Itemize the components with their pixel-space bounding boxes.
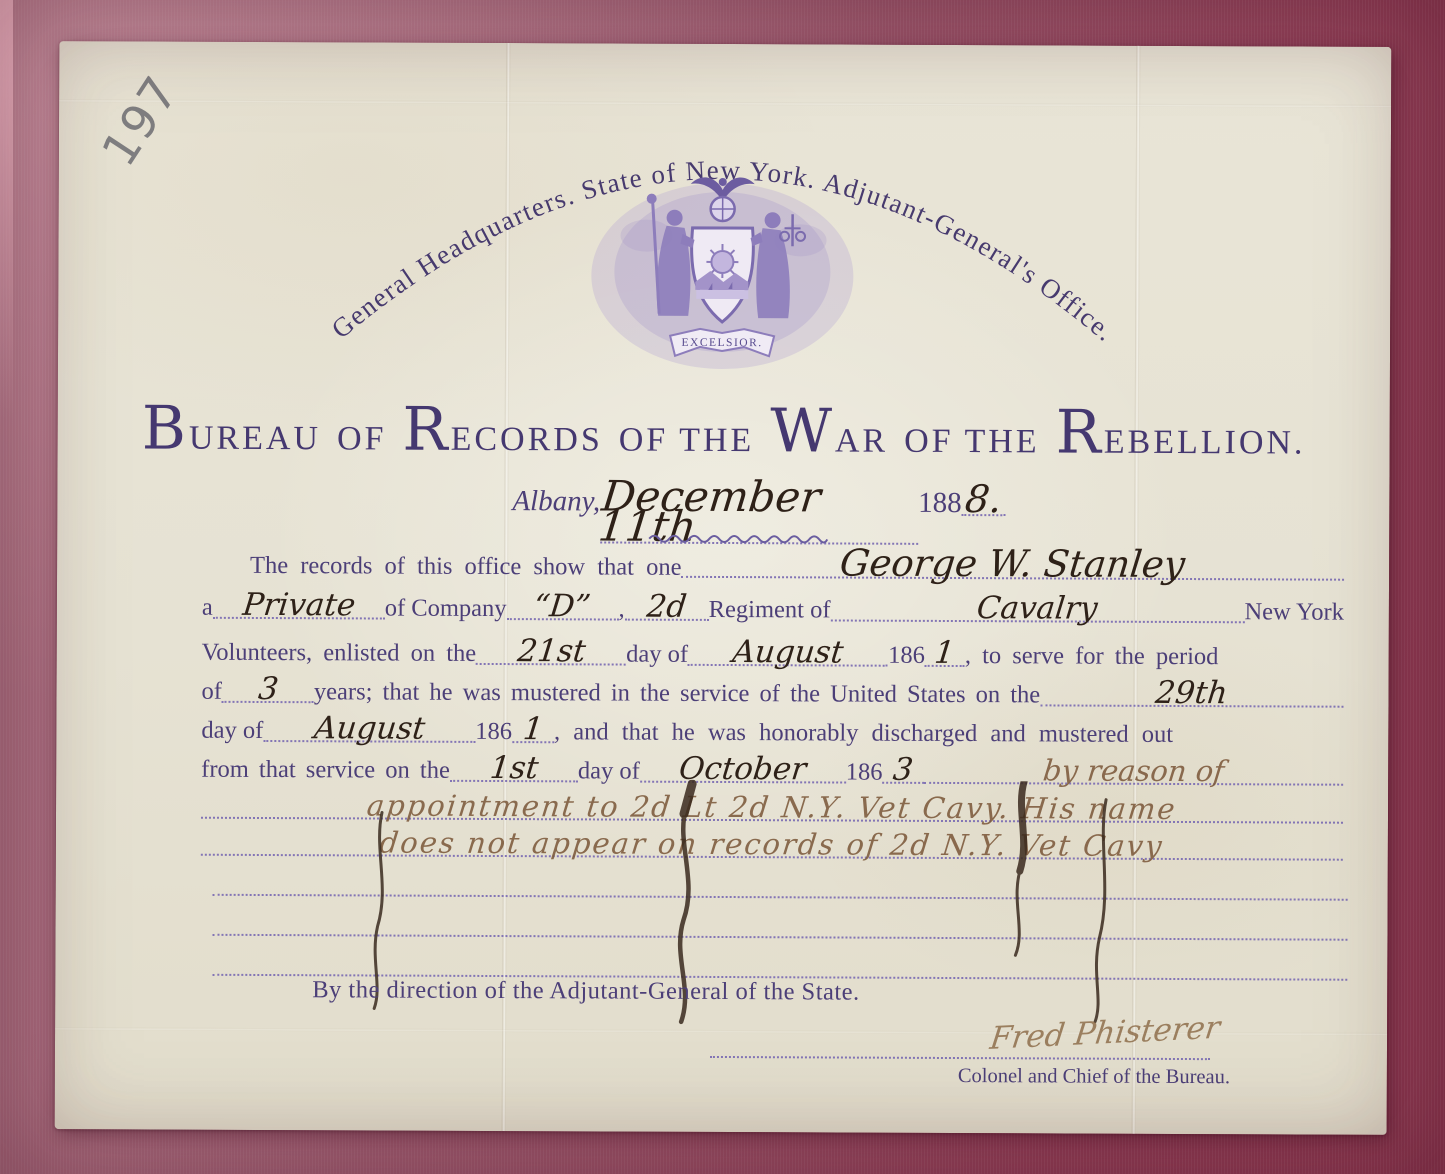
entry-muster-month: August [313, 716, 426, 740]
line3-a: Volunteers, enlisted on the [202, 639, 477, 668]
line4-b: years; that he was mustered in the servi… [314, 678, 1040, 709]
form-line-4: of 3 years; that he was mustered in the … [201, 677, 1343, 711]
mat-light-edge [0, 0, 13, 420]
continuation-field-1: appointment to 2d Lt 2d N.Y. Vet Cavy. H… [201, 793, 1343, 824]
form-line-2: a Private of Company “D” , 2d Regiment o… [202, 593, 1344, 627]
form-line-8: does not appear on records of 2d N.Y. Ve… [201, 830, 1343, 861]
form-line-1: The records of this office show that one… [202, 548, 1344, 585]
seal-motto: EXCELSIOR. [681, 337, 762, 349]
blank-line-2 [212, 932, 1347, 941]
form-line-3: Volunteers, enlisted on the 21st day of … [202, 638, 1344, 672]
branch-field: Cavalry [830, 595, 1244, 623]
discharge-day-field: 1st [450, 756, 578, 783]
enlist-day-field: 21st [476, 639, 626, 666]
reason-field: by reason of [924, 758, 1343, 786]
enlist-year-field: 1 [925, 641, 965, 667]
entry-muster-day: 29th [1155, 681, 1230, 705]
muster-year-field: 1 [512, 717, 554, 743]
continuation-field-2: does not appear on records of 2d N.Y. Ve… [201, 830, 1343, 861]
entry-enlist-month: August [732, 640, 845, 664]
new-york-coat-of-arms-seal: EXCELSIOR. [586, 165, 859, 376]
entry-company: “D” [533, 594, 592, 618]
direction-statement: By the direction of the Adjutant-General… [312, 976, 860, 1006]
line3-d: , to serve for the period [965, 642, 1219, 671]
year-printed: 188 [918, 487, 962, 520]
entry-continuation-2: does not appear on records of 2d N.Y. Ve… [379, 831, 1165, 858]
name-field: George W. Stanley [681, 550, 1344, 581]
bureau-title: BUREAUOFRECORDSOF THEWAROF THEREBELLION. [58, 393, 1390, 469]
entry-enlist-day: 21st [516, 639, 586, 663]
years-field: 3 [222, 677, 314, 703]
line6-c: 186 [846, 759, 883, 787]
dateline-place: Albany, [512, 485, 600, 518]
form-line-6: from that service on the 1st day of Octo… [201, 755, 1343, 789]
line6-a: from that service on the [201, 756, 450, 785]
blank-line-1 [213, 892, 1348, 901]
line2-a: a [202, 594, 213, 622]
company-field: “D” [507, 594, 619, 620]
matted-photo-background: 197 General Headquarters. State of New Y… [0, 0, 1445, 1174]
year-entry-field: 8. [962, 484, 1006, 516]
line3-b: day of [626, 641, 688, 669]
line4-a: of [201, 678, 222, 706]
discharge-month-field: October [640, 757, 846, 784]
entry-discharge-year: 3 [892, 758, 914, 782]
discharge-year-field: 3 [882, 758, 924, 784]
line2-c: Regiment of [709, 596, 831, 625]
entry-continuation-1: appointment to 2d Lt 2d N.Y. Vet Cavy. H… [366, 793, 1178, 821]
line2-d: New York [1244, 598, 1344, 626]
muster-month-field: August [263, 716, 475, 743]
line6-b: day of [578, 757, 640, 785]
enlist-month-field: August [688, 640, 888, 667]
line5-a: day of [201, 717, 263, 745]
line5-b: 186 [475, 718, 512, 746]
entry-years: 3 [257, 677, 279, 701]
line3-c: 186 [888, 642, 925, 670]
entry-regiment-number: 2d [646, 595, 688, 619]
line2-b: of Company [385, 595, 507, 624]
year-entry: 8. [964, 484, 1004, 514]
certificate-document: 197 General Headquarters. State of New Y… [55, 41, 1392, 1135]
form-line-7: appointment to 2d Lt 2d N.Y. Vet Cavy. H… [201, 793, 1343, 824]
rank-field: Private [213, 593, 385, 620]
form-line-5: day of August 186 1 , and that he was ho… [201, 716, 1343, 750]
entry-rank: Private [241, 593, 356, 617]
regiment-number-field: 2d [625, 595, 709, 621]
signature-caption: Colonel and Chief of the Bureau. [958, 1065, 1230, 1089]
entry-enlist-year: 1 [934, 641, 956, 665]
entry-name: George W. Stanley [839, 551, 1186, 578]
entry-reason: by reason of [1042, 758, 1226, 783]
entry-muster-year: 1 [522, 717, 544, 741]
entry-branch: Cavalry [976, 596, 1099, 621]
decorative-squiggle [647, 531, 829, 546]
line1-printed: The records of this office show that one [202, 552, 682, 582]
entry-discharge-month: October [678, 757, 808, 782]
line5-c: , and that he was honorably discharged a… [554, 718, 1173, 749]
entry-discharge-day: 1st [489, 756, 540, 780]
signature: Fred Phisterer [988, 1007, 1282, 1057]
signature-line [710, 1054, 1210, 1060]
muster-day-field: 29th [1040, 680, 1343, 707]
